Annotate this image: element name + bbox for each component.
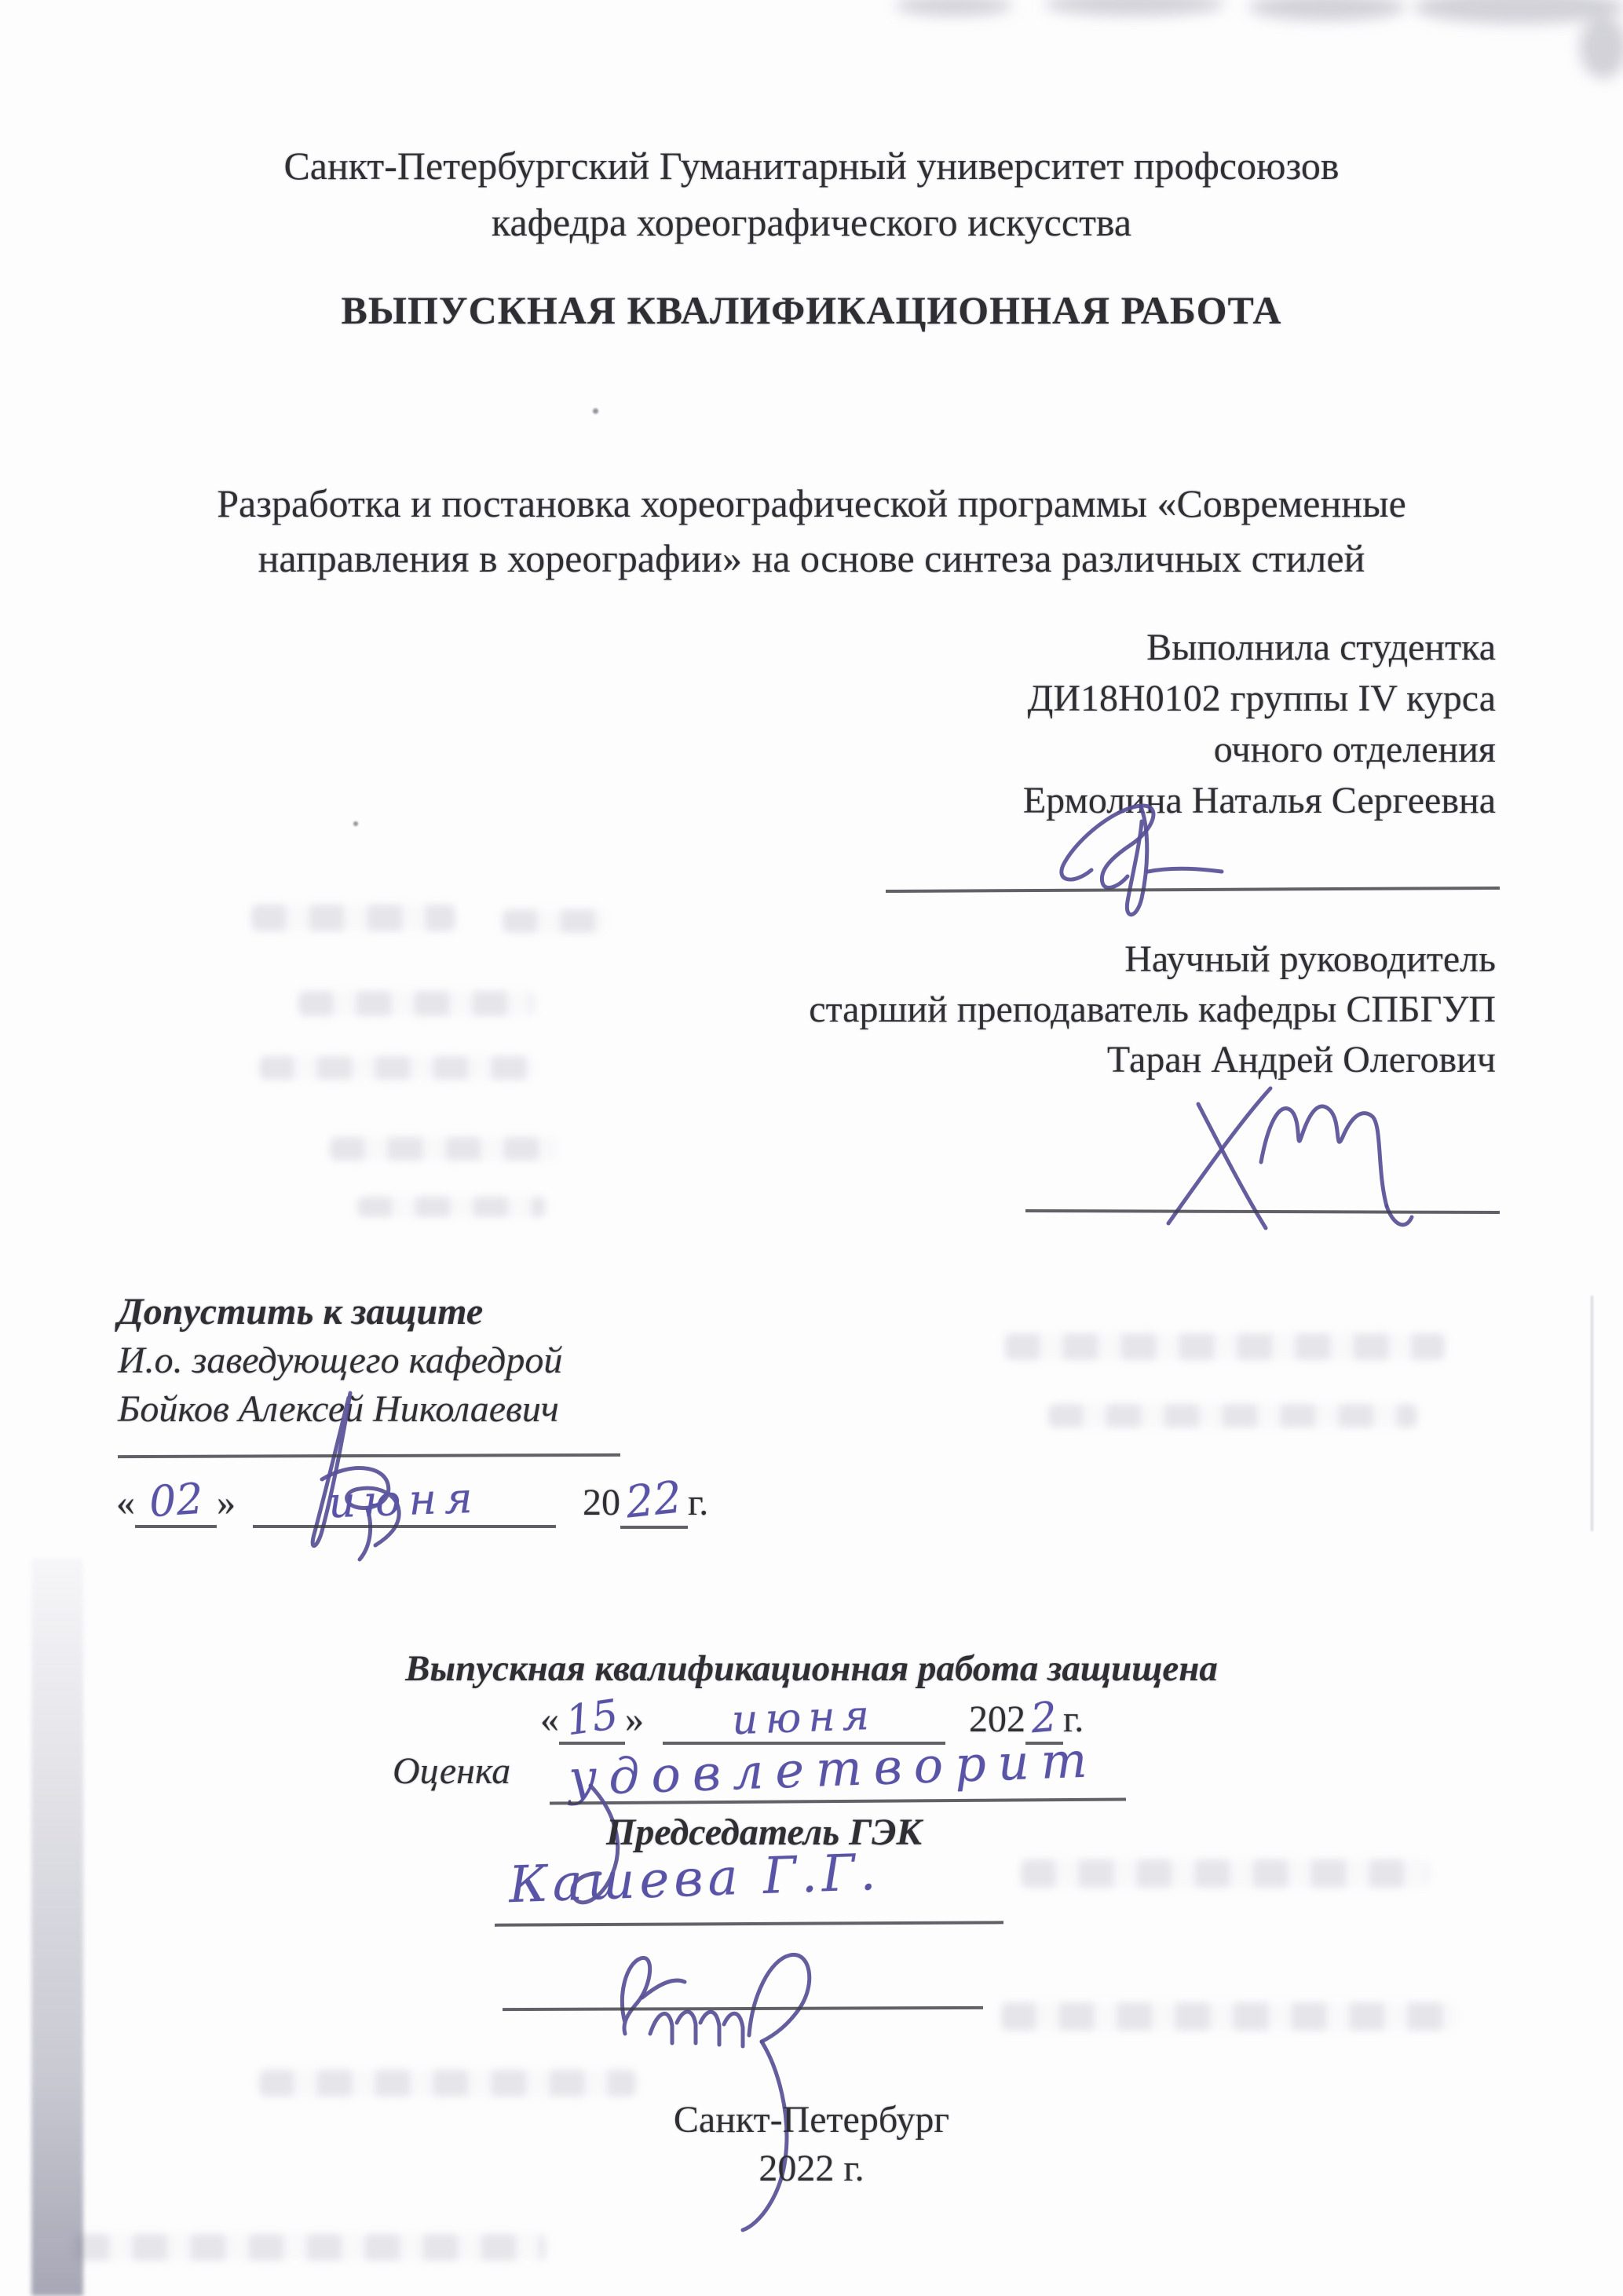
grade-label: Оценка xyxy=(393,1749,510,1793)
university-name: Санкт-Петербургский Гуманитарный универс… xyxy=(0,143,1623,188)
chair-name-handwritten: Кашева Г.Г. xyxy=(508,1844,882,1914)
defense-day-handwritten: 15 xyxy=(563,1691,621,1746)
bleed-through-artifact xyxy=(259,1056,534,1080)
student-signature xyxy=(1030,795,1234,928)
scan-smudge xyxy=(1580,16,1623,79)
thesis-title-line2: направления в хореографии» на основе син… xyxy=(0,536,1623,581)
admission-day-handwritten: 02 xyxy=(148,1474,205,1527)
bleed-through-artifact xyxy=(1005,1333,1445,1360)
student-study-mode: очного отделения xyxy=(1023,724,1496,775)
open-quote: « xyxy=(540,1698,559,1740)
bleed-through-artifact xyxy=(75,2234,546,2261)
admission-day-field: 02 xyxy=(135,1475,217,1528)
bleed-through-artifact xyxy=(503,909,605,933)
bleed-through-artifact xyxy=(1001,2002,1457,2031)
close-quote: » xyxy=(217,1482,236,1523)
department-name: кафедра хореографического искусства xyxy=(0,199,1623,245)
admission-heading: Допустить к защите xyxy=(118,1288,562,1336)
admission-month-handwritten: июня xyxy=(327,1473,481,1528)
bleed-through-artifact xyxy=(298,991,534,1016)
defense-month-handwritten: июня xyxy=(731,1692,877,1744)
admission-month-field: июня xyxy=(253,1475,556,1528)
student-group: ДИ18Н0102 группы IV курса xyxy=(1023,673,1496,724)
admission-date-row: «02»июня2022г. xyxy=(116,1475,708,1529)
open-quote: « xyxy=(116,1482,135,1523)
scan-speck xyxy=(593,408,598,414)
scanned-thesis-title-page: Санкт-Петербургский Гуманитарный универс… xyxy=(0,0,1623,2296)
bleed-through-artifact xyxy=(1021,1859,1429,1888)
bleed-through-artifact xyxy=(330,1137,557,1161)
close-quote: » xyxy=(625,1698,644,1740)
thesis-title-line1: Разработка и постановка хореографической… xyxy=(0,481,1623,526)
admission-year-label: г. xyxy=(688,1482,708,1523)
footer-year: 2022 г. xyxy=(0,2147,1623,2190)
scan-speck xyxy=(353,821,358,826)
defense-heading: Выпускная квалификационная работа защище… xyxy=(0,1647,1623,1690)
supervisor-position: старший преподаватель кафедры СПБГУП xyxy=(809,985,1496,1035)
footer-city: Санкт-Петербург xyxy=(0,2098,1623,2141)
admission-year-prefix: 20 xyxy=(583,1482,620,1523)
supervisor-signature xyxy=(1146,1062,1413,1250)
bleed-through-artifact xyxy=(357,1197,546,1217)
scan-smudge xyxy=(895,0,1013,16)
work-type-heading: ВЫПУСКНАЯ КВАЛИФИКАЦИОННАЯ РАБОТА xyxy=(0,287,1623,333)
admission-position: И.о. заведующего кафедрой xyxy=(118,1336,562,1385)
supervisor-role: Научный руководитель xyxy=(809,934,1496,985)
bleed-through-artifact xyxy=(251,905,455,931)
scan-smudge xyxy=(1248,0,1406,20)
admission-year-field: 22 xyxy=(620,1475,688,1529)
defense-day-field: 15 xyxy=(559,1695,625,1745)
performed-by-label: Выполнила студентка xyxy=(1023,622,1496,673)
scan-smudge xyxy=(1044,0,1225,16)
scan-crease xyxy=(1591,1296,1593,1531)
bleed-through-artifact xyxy=(1048,1404,1417,1428)
admission-year-handwritten: 22 xyxy=(623,1472,685,1528)
